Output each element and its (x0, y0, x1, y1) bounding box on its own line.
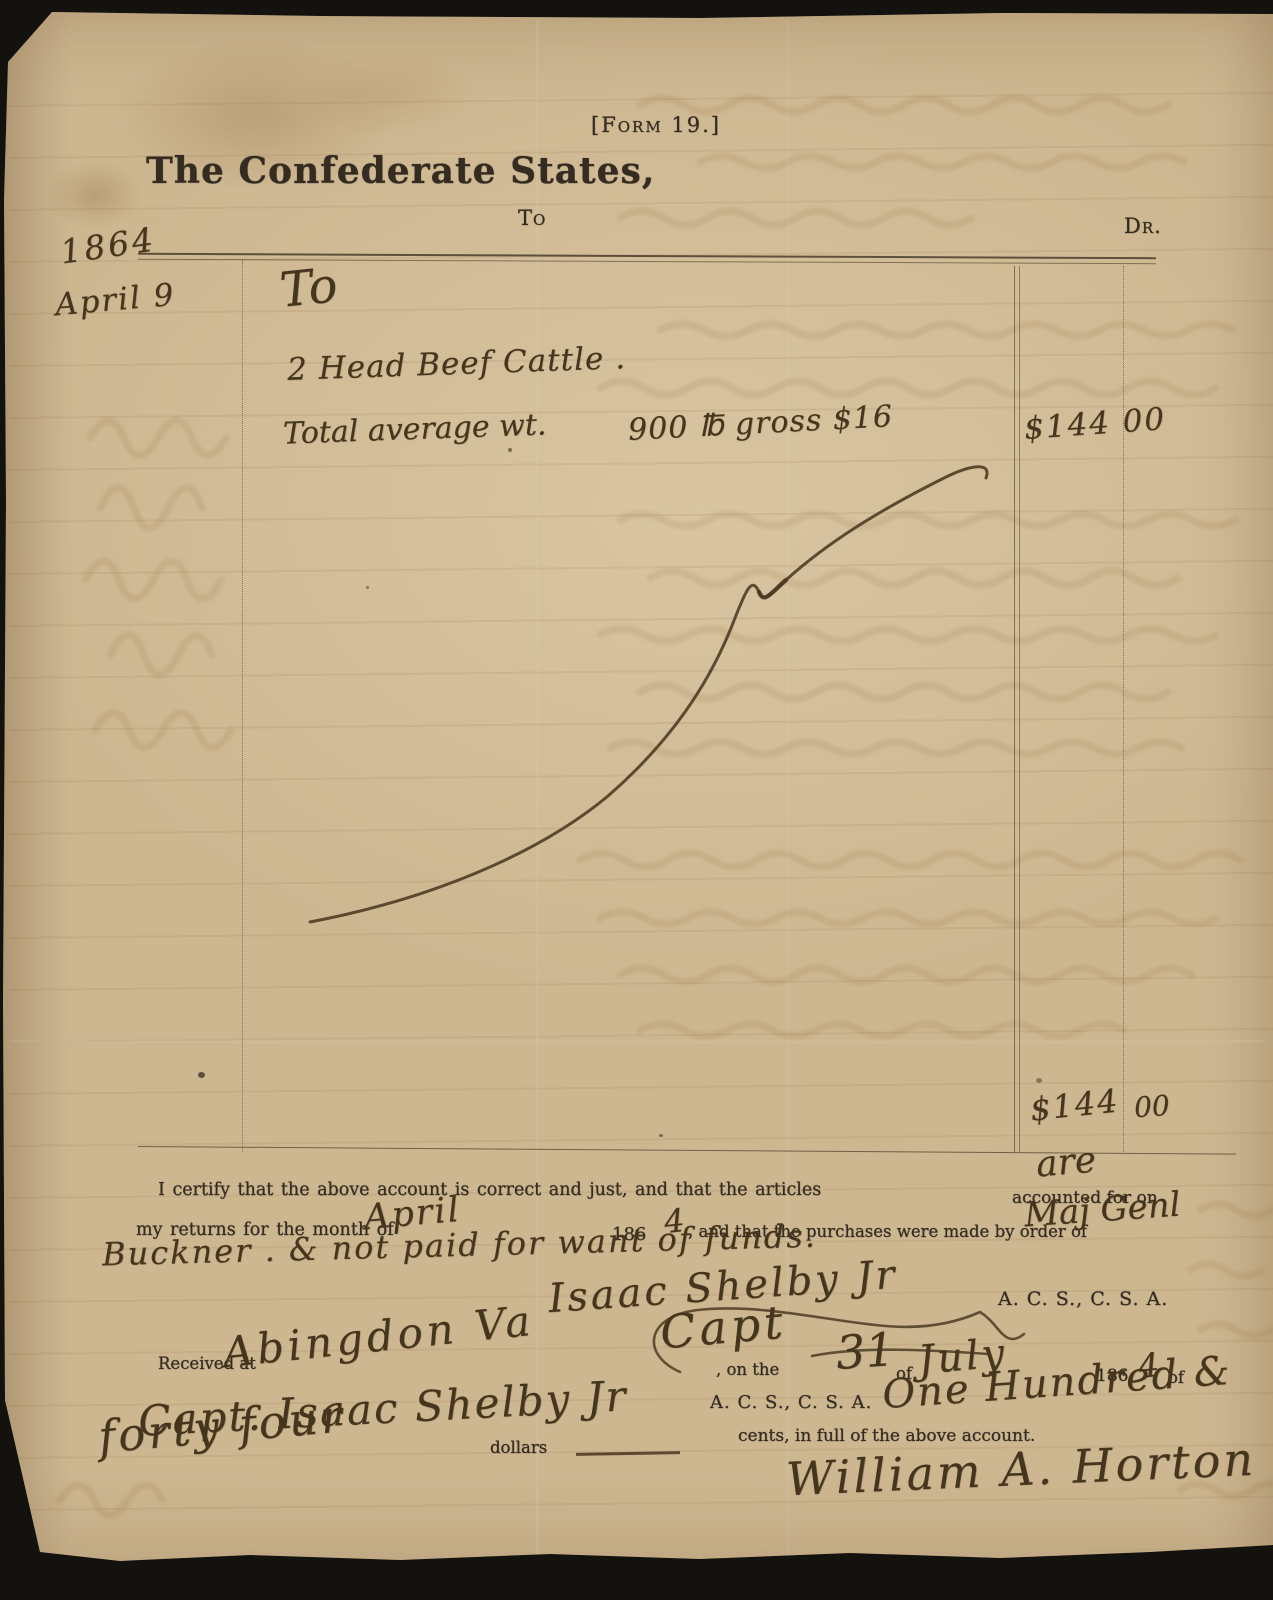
on-the-label: , on the (716, 1360, 779, 1379)
paper-speck (659, 1134, 663, 1137)
table-date-column-line (242, 260, 243, 1152)
form-number-label: [Form 19.] (591, 113, 721, 137)
scanned-document: [Form 19.] The Confederate States, To Dr… (0, 0, 1273, 1600)
table-amount-column-line (1014, 266, 1020, 1152)
dr-label: Dr. (1124, 214, 1162, 238)
paper-speck (366, 586, 369, 589)
acs-csa-label-2: A. C. S., C. S. A. (710, 1392, 872, 1413)
total-cents: 00 (1133, 1089, 1171, 1124)
paper-speck (198, 1072, 205, 1078)
certify-line1: I certify that the above account is corr… (158, 1180, 821, 1200)
document-title: The Confederate States, (146, 150, 655, 192)
paper-speck (1036, 1078, 1042, 1083)
certify-articles-state: are (1034, 1139, 1097, 1185)
paper-speck (508, 448, 512, 452)
handwritten-to-flourish: To (277, 257, 340, 319)
dollars-label: dollars (490, 1438, 547, 1457)
pen-flourish (280, 458, 1000, 938)
to-label: To (518, 206, 546, 230)
paper-sheet: [Form 19.] The Confederate States, To Dr… (0, 0, 1273, 1600)
table-cents-column-line (1123, 266, 1124, 1152)
